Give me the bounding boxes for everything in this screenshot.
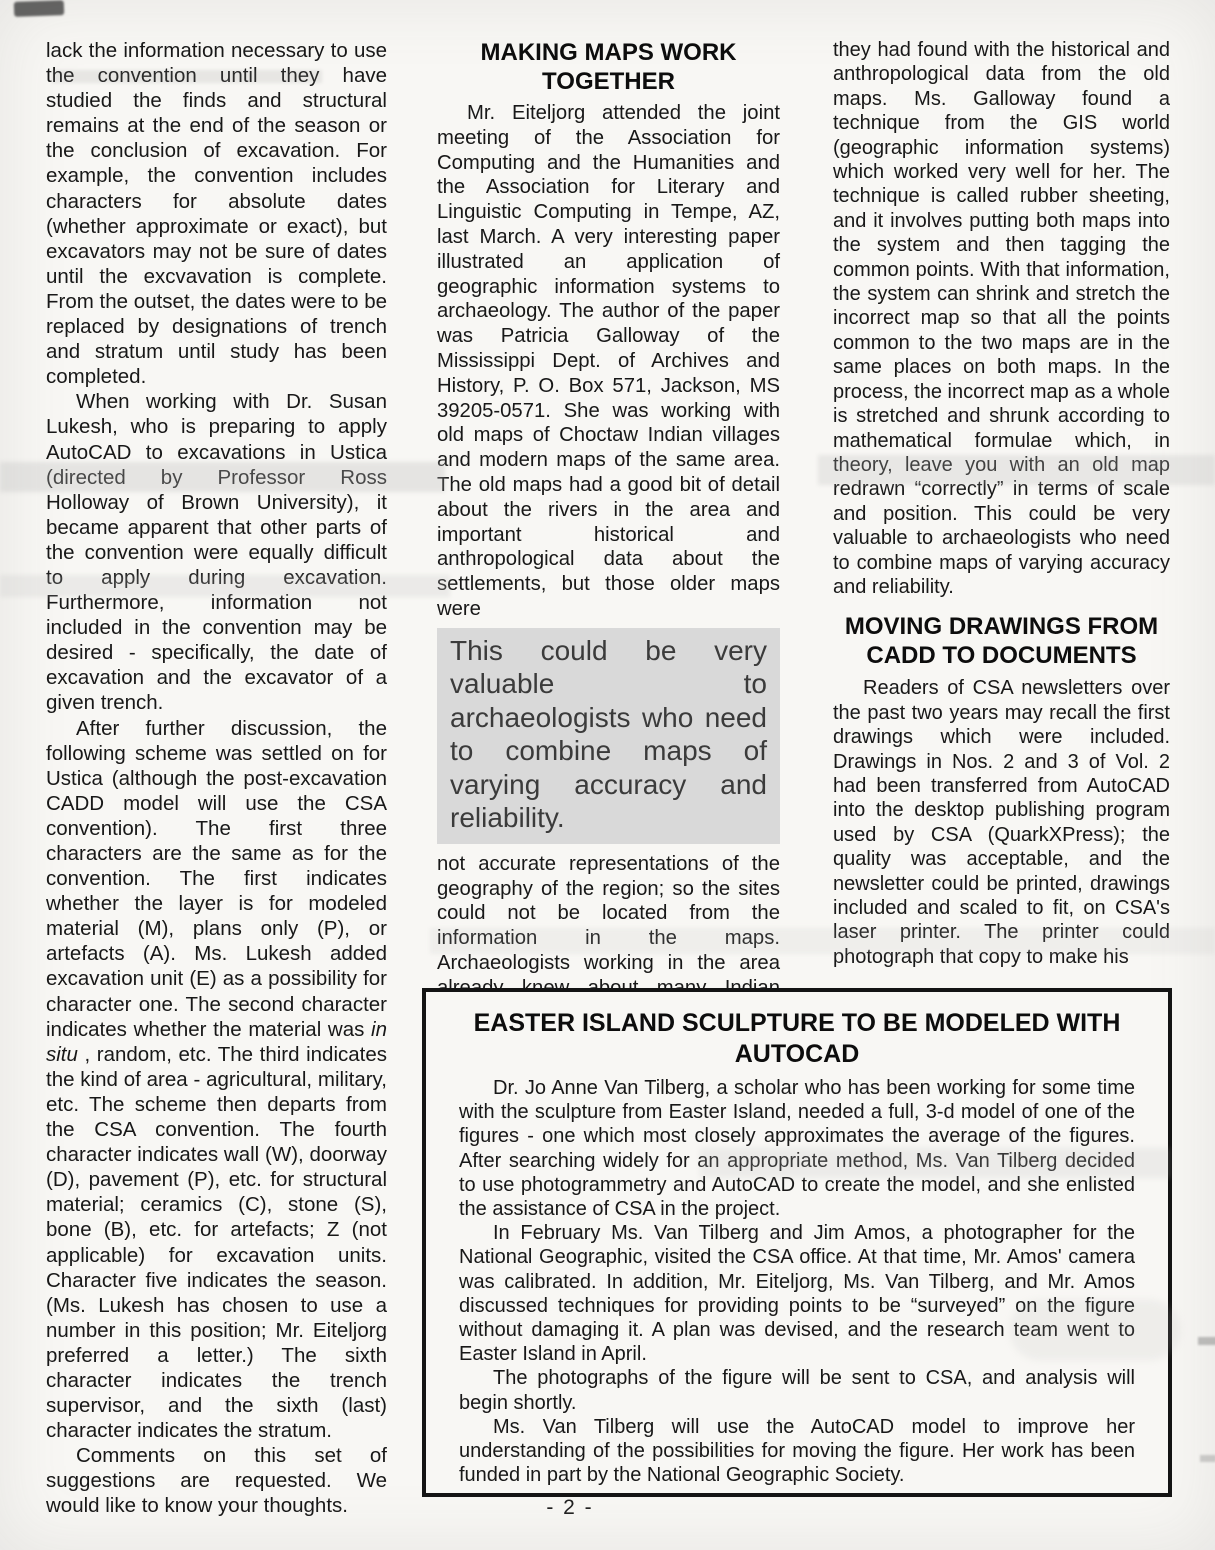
column-2: MAKING MAPS WORK TOGETHER Mr. Eiteljorg … [437,38,780,1050]
scan-artifact [1198,1337,1215,1345]
body-paragraph: In February Ms. Van Tilberg and Jim Amos… [459,1221,1135,1366]
column-1: lack the information necessary to use th… [46,38,387,1519]
body-paragraph: Dr. Jo Anne Van Tilberg, a scholar who h… [459,1076,1135,1221]
article-heading-moving-drawings-from-cadd: MOVING DRAWINGS FROM CADD TO DOCUMENTS [842,612,1162,670]
scan-artifact [14,0,64,17]
pull-quote-text: This could be very valuable to archaeolo… [450,634,767,835]
body-paragraph: they had found with the historical and a… [833,38,1170,599]
body-paragraph: lack the information necessary to use th… [46,38,387,389]
article-heading-easter-island: EASTER ISLAND SCULPTURE TO BE MODELED WI… [459,1008,1135,1070]
body-paragraph: Comments on this set of suggestions are … [46,1443,387,1518]
column-3: they had found with the historical and a… [833,38,1170,969]
paragraph-text: , random, etc. The third indicates the k… [46,1043,387,1442]
article-heading-making-maps-work-together: MAKING MAPS WORK TOGETHER [449,38,769,96]
paragraph-text: After further discussion, the following … [46,717,387,1041]
pull-quote: This could be very valuable to archaeolo… [437,628,780,844]
body-paragraph: After further discussion, the following … [46,716,387,1444]
body-paragraph: Readers of CSA newsletters over the past… [833,676,1170,969]
newsletter-page: lack the information necessary to use th… [0,0,1215,1550]
scan-artifact [1200,1455,1215,1462]
body-paragraph: Mr. Eiteljorg attended the joint meeting… [437,101,780,622]
body-paragraph: When working with Dr. Susan Lukesh, who … [46,389,387,715]
page-number: - 2 - [500,1496,640,1520]
boxed-article-easter-island: EASTER ISLAND SCULPTURE TO BE MODELED WI… [422,988,1172,1497]
body-paragraph: The photographs of the figure will be se… [459,1366,1135,1414]
body-paragraph: Ms. Van Tilberg will use the AutoCAD mod… [459,1415,1135,1488]
